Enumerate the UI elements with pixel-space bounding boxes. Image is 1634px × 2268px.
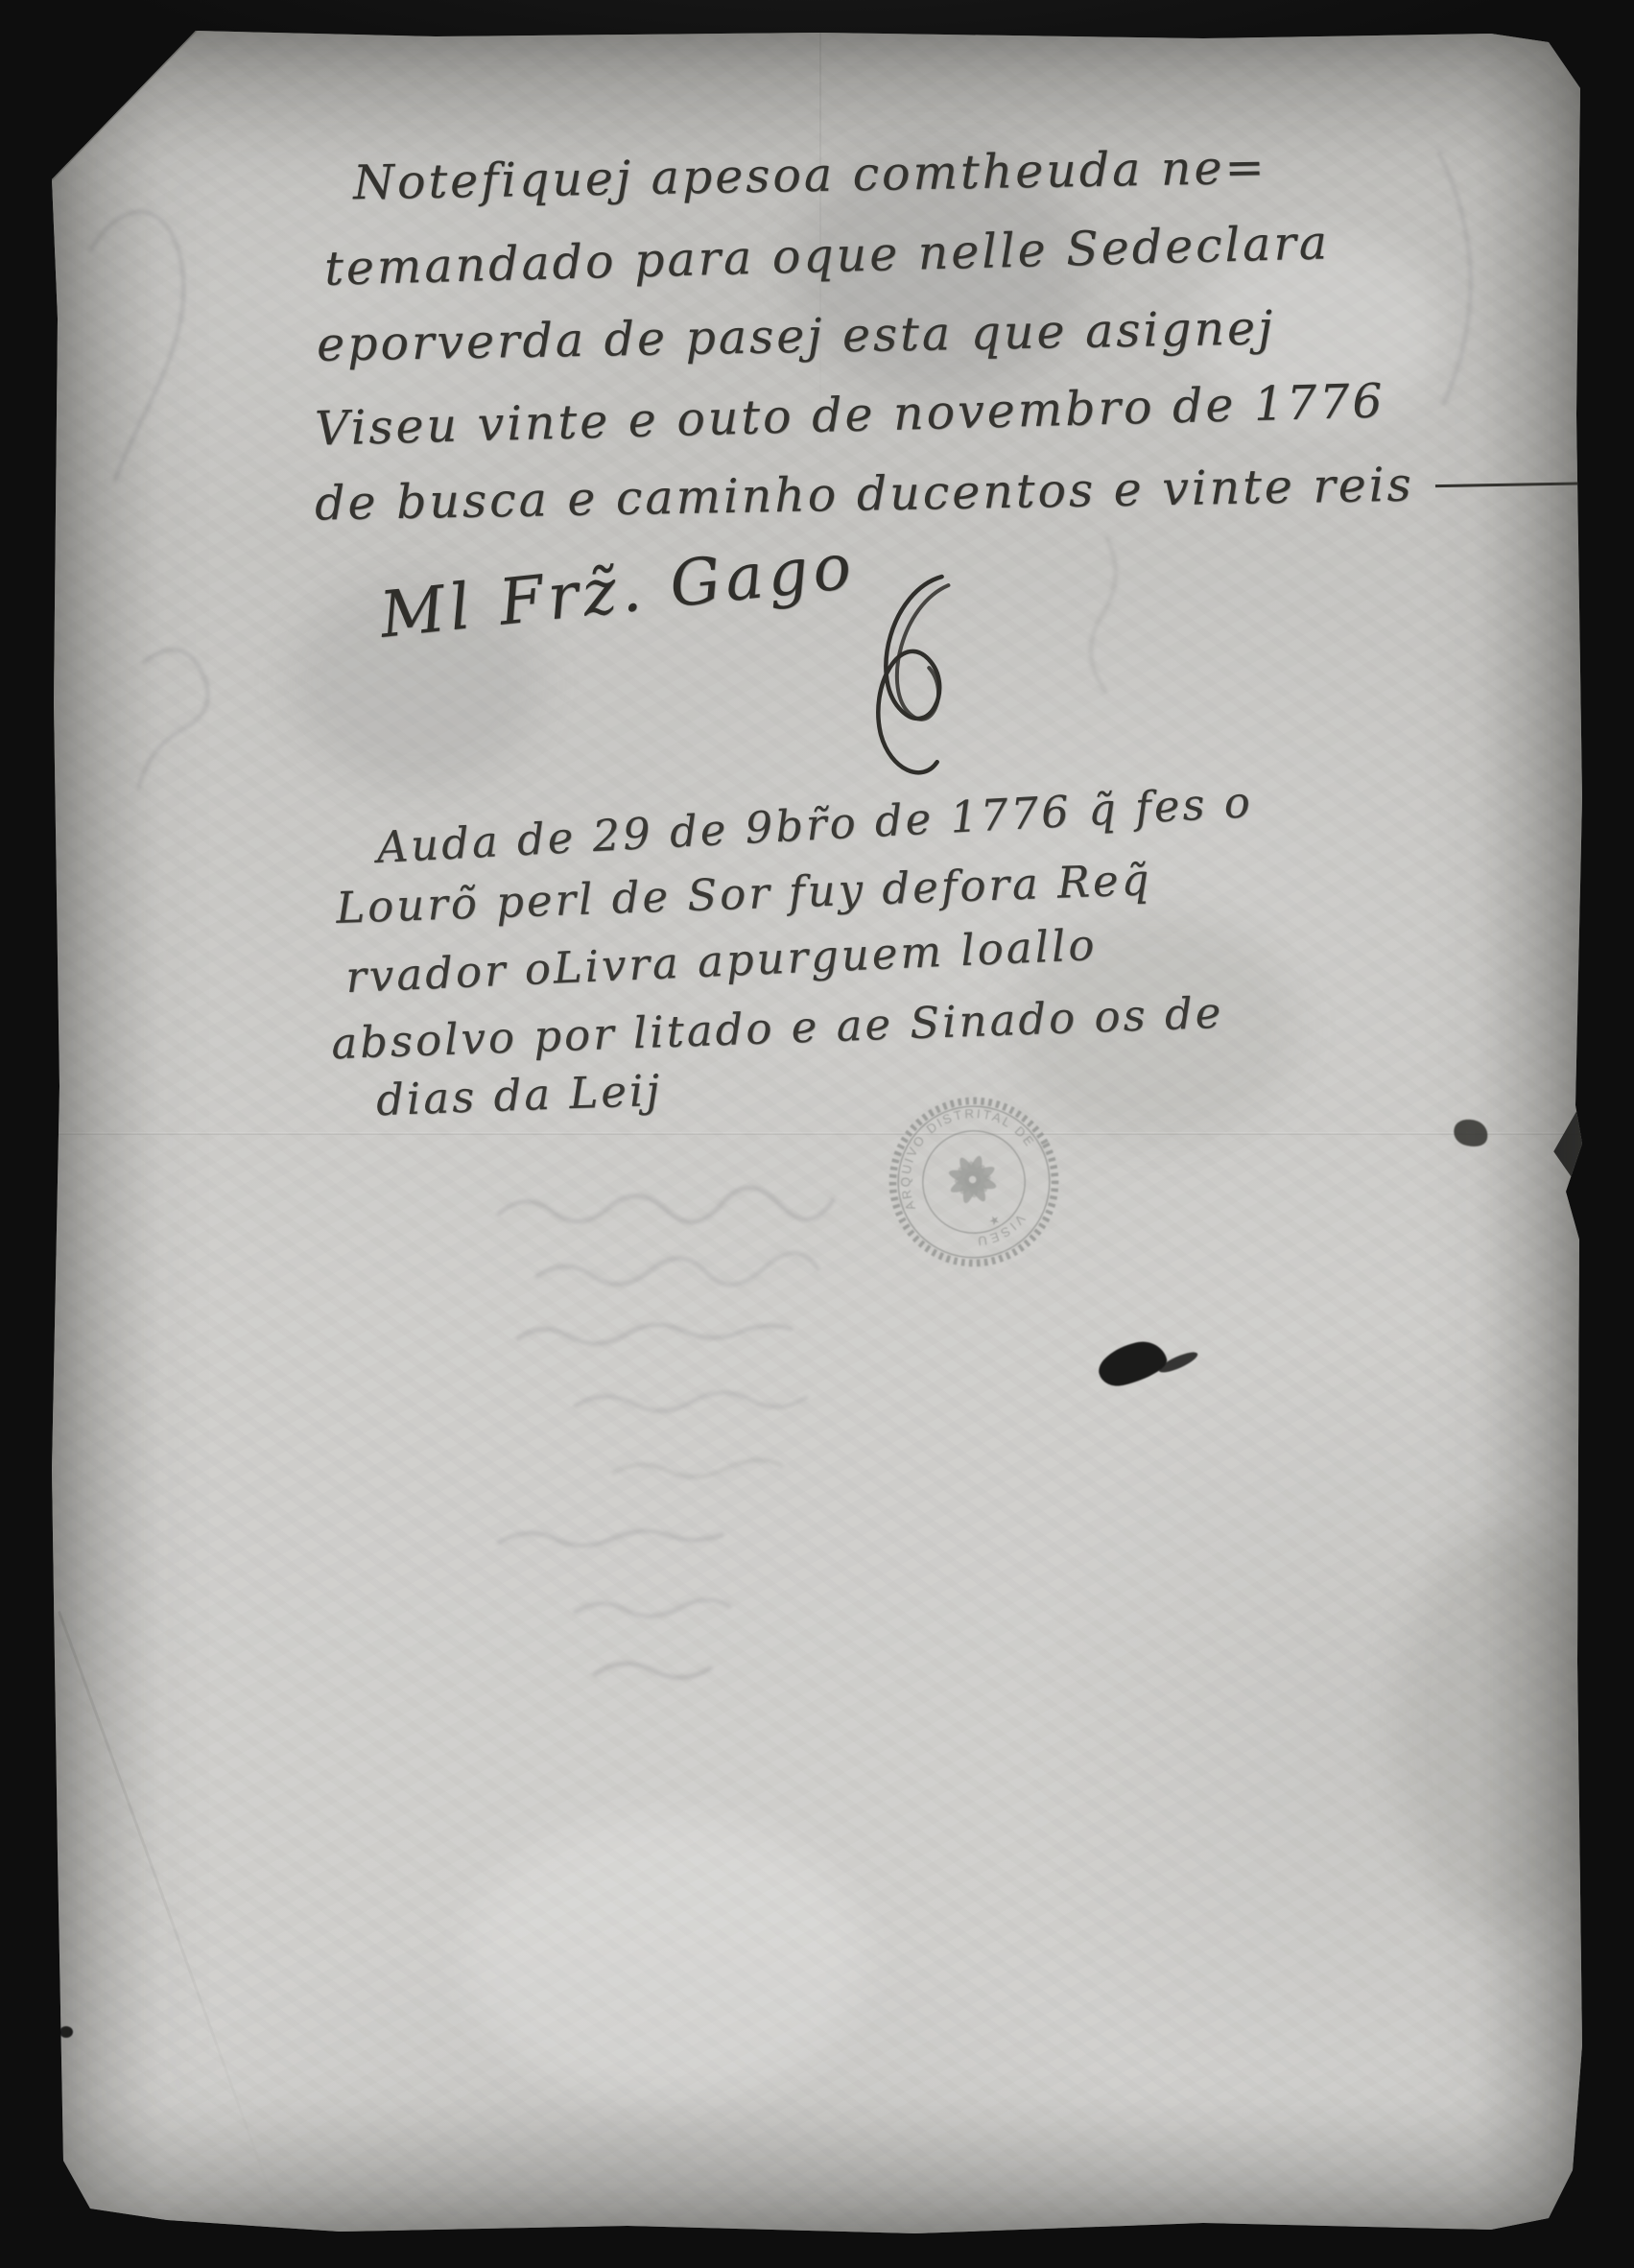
bleedthrough-stroke bbox=[518, 1325, 791, 1344]
edge-tear bbox=[1549, 1101, 1582, 1193]
court-note-line: dias da Leij bbox=[375, 1065, 663, 1125]
manuscript-line: Notefiquej apesoa comtheuda ne= bbox=[353, 140, 1267, 211]
bleedthrough-stroke bbox=[1091, 539, 1116, 691]
ink-dot bbox=[59, 2026, 73, 2038]
manuscript-line: temandado para oque nelle Sedeclara bbox=[323, 215, 1330, 295]
signature-flourish bbox=[794, 553, 991, 822]
bleedthrough-stroke bbox=[576, 1392, 806, 1410]
stamp-emblem-icon bbox=[939, 1146, 1006, 1213]
paper-texture-mottle bbox=[1395, 1527, 1606, 1930]
court-note-line: absolvo por litado e ae Sinado os de bbox=[330, 987, 1224, 1069]
paper-crease-diagonal bbox=[58, 1611, 290, 2243]
bleedthrough-stroke bbox=[537, 1253, 817, 1285]
manuscript-line: eporverda de pasej esta que asignej bbox=[317, 300, 1276, 371]
bleedthrough-stroke bbox=[499, 1531, 722, 1546]
bleedthrough-stroke bbox=[139, 650, 208, 787]
paper: Notefiquej apesoa comtheuda ne= temandad… bbox=[52, 31, 1582, 2233]
manuscript-line-text: de busca e caminho ducentos e vinte reis bbox=[315, 458, 1414, 532]
bleedthrough-stroke bbox=[91, 212, 183, 480]
corner-fold-flap bbox=[52, 31, 198, 181]
manuscript-line: de busca e caminho ducentos e vinte reis… bbox=[315, 452, 1634, 531]
bleedthrough-stroke bbox=[1439, 154, 1471, 403]
court-note-line: rvador oLivra apurguem loallo bbox=[344, 919, 1098, 1003]
fee-dash-line bbox=[1435, 483, 1579, 488]
signature-name: Ml Frz̃. Gago bbox=[376, 529, 859, 652]
stamp-arc-text: ARQUIVO DISTRITAL DE bbox=[872, 1079, 1039, 1214]
manuscript-line: Viseu vinte e outo de novembro de 1776 bbox=[314, 373, 1385, 456]
ink-blot bbox=[1094, 1336, 1171, 1390]
bleedthrough-stroke bbox=[614, 1460, 781, 1477]
ink-smudge bbox=[1450, 1115, 1491, 1152]
svg-text:ARQUIVO DISTRITAL DE: ARQUIVO DISTRITAL DE bbox=[872, 1079, 1039, 1214]
fee-amount: 220 bbox=[1594, 452, 1634, 508]
paper-crease-horizontal bbox=[52, 1132, 1582, 1135]
archive-stamp: ARQUIVO DISTRITAL DE VISEU bbox=[851, 1059, 1098, 1306]
bleedthrough-stroke bbox=[499, 1188, 833, 1222]
paper-texture-mottle bbox=[464, 1815, 867, 2103]
bleedthrough-stroke bbox=[576, 1599, 729, 1616]
scan-backdrop: Notefiquej apesoa comtheuda ne= temandad… bbox=[0, 0, 1634, 2268]
bleedthrough-stroke bbox=[595, 1664, 710, 1678]
